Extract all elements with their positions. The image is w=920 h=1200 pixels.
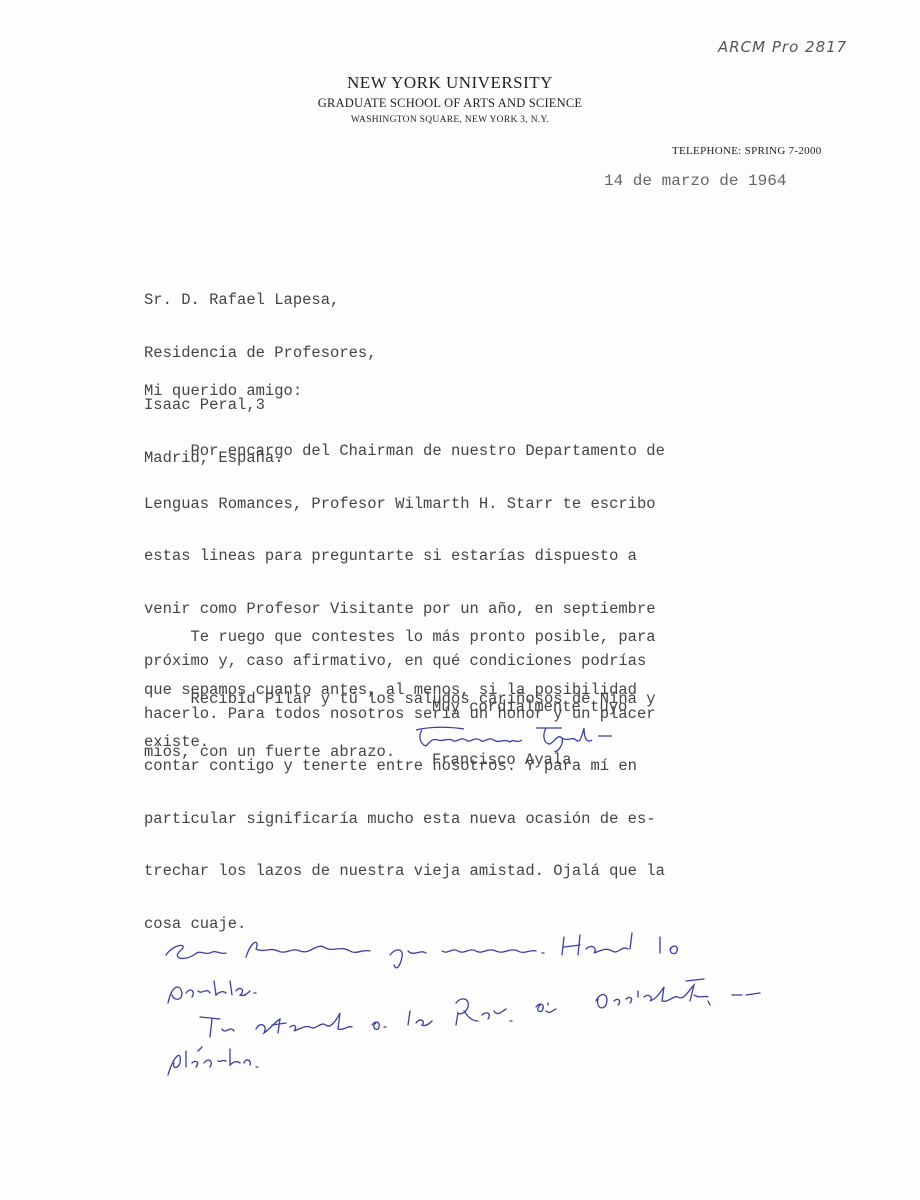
body-line: Lenguas Romances, Profesor Wilmarth H. S…	[144, 496, 665, 514]
body-line: estas lineas para preguntarte si estaría…	[144, 548, 665, 566]
school-name: GRADUATE SCHOOL OF ARTS AND SCIENCE	[290, 94, 610, 112]
letter-page: ARCM Pro 2817 NEW YORK UNIVERSITY GRADUA…	[0, 0, 920, 1200]
handwritten-signature	[412, 722, 622, 752]
handwritten-note: Sería formidable que vinierais. Haced lo…	[160, 925, 820, 1095]
telephone-line: TELEPHONE: SPRING 7-2000	[672, 145, 822, 157]
institution-address: WASHINGTON SQUARE, NEW YORK 3, N.Y.	[290, 112, 610, 128]
archive-reference-mark: ARCM Pro 2817	[718, 38, 847, 56]
body-line: particular significaría mucho esta nueva…	[144, 811, 665, 829]
signatory-name: Francisco Ayala	[432, 752, 572, 770]
recipient-line: Sr. D. Rafael Lapesa,	[144, 292, 377, 310]
institution-name: NEW YORK UNIVERSITY	[290, 72, 610, 94]
body-line: Por encargo del Chairman de nuestro Depa…	[144, 443, 665, 461]
letterhead: NEW YORK UNIVERSITY GRADUATE SCHOOL OF A…	[290, 72, 610, 128]
recipient-line: Residencia de Profesores,	[144, 345, 377, 363]
closing: Muy cordialmente tuyo	[432, 699, 627, 717]
salutation: Mi querido amigo:	[144, 383, 302, 401]
body-line: Te ruego que contestes lo más pronto pos…	[144, 629, 656, 647]
body-line: trechar los lazos de nuestra vieja amist…	[144, 863, 665, 881]
letter-date: 14 de marzo de 1964	[604, 173, 786, 191]
